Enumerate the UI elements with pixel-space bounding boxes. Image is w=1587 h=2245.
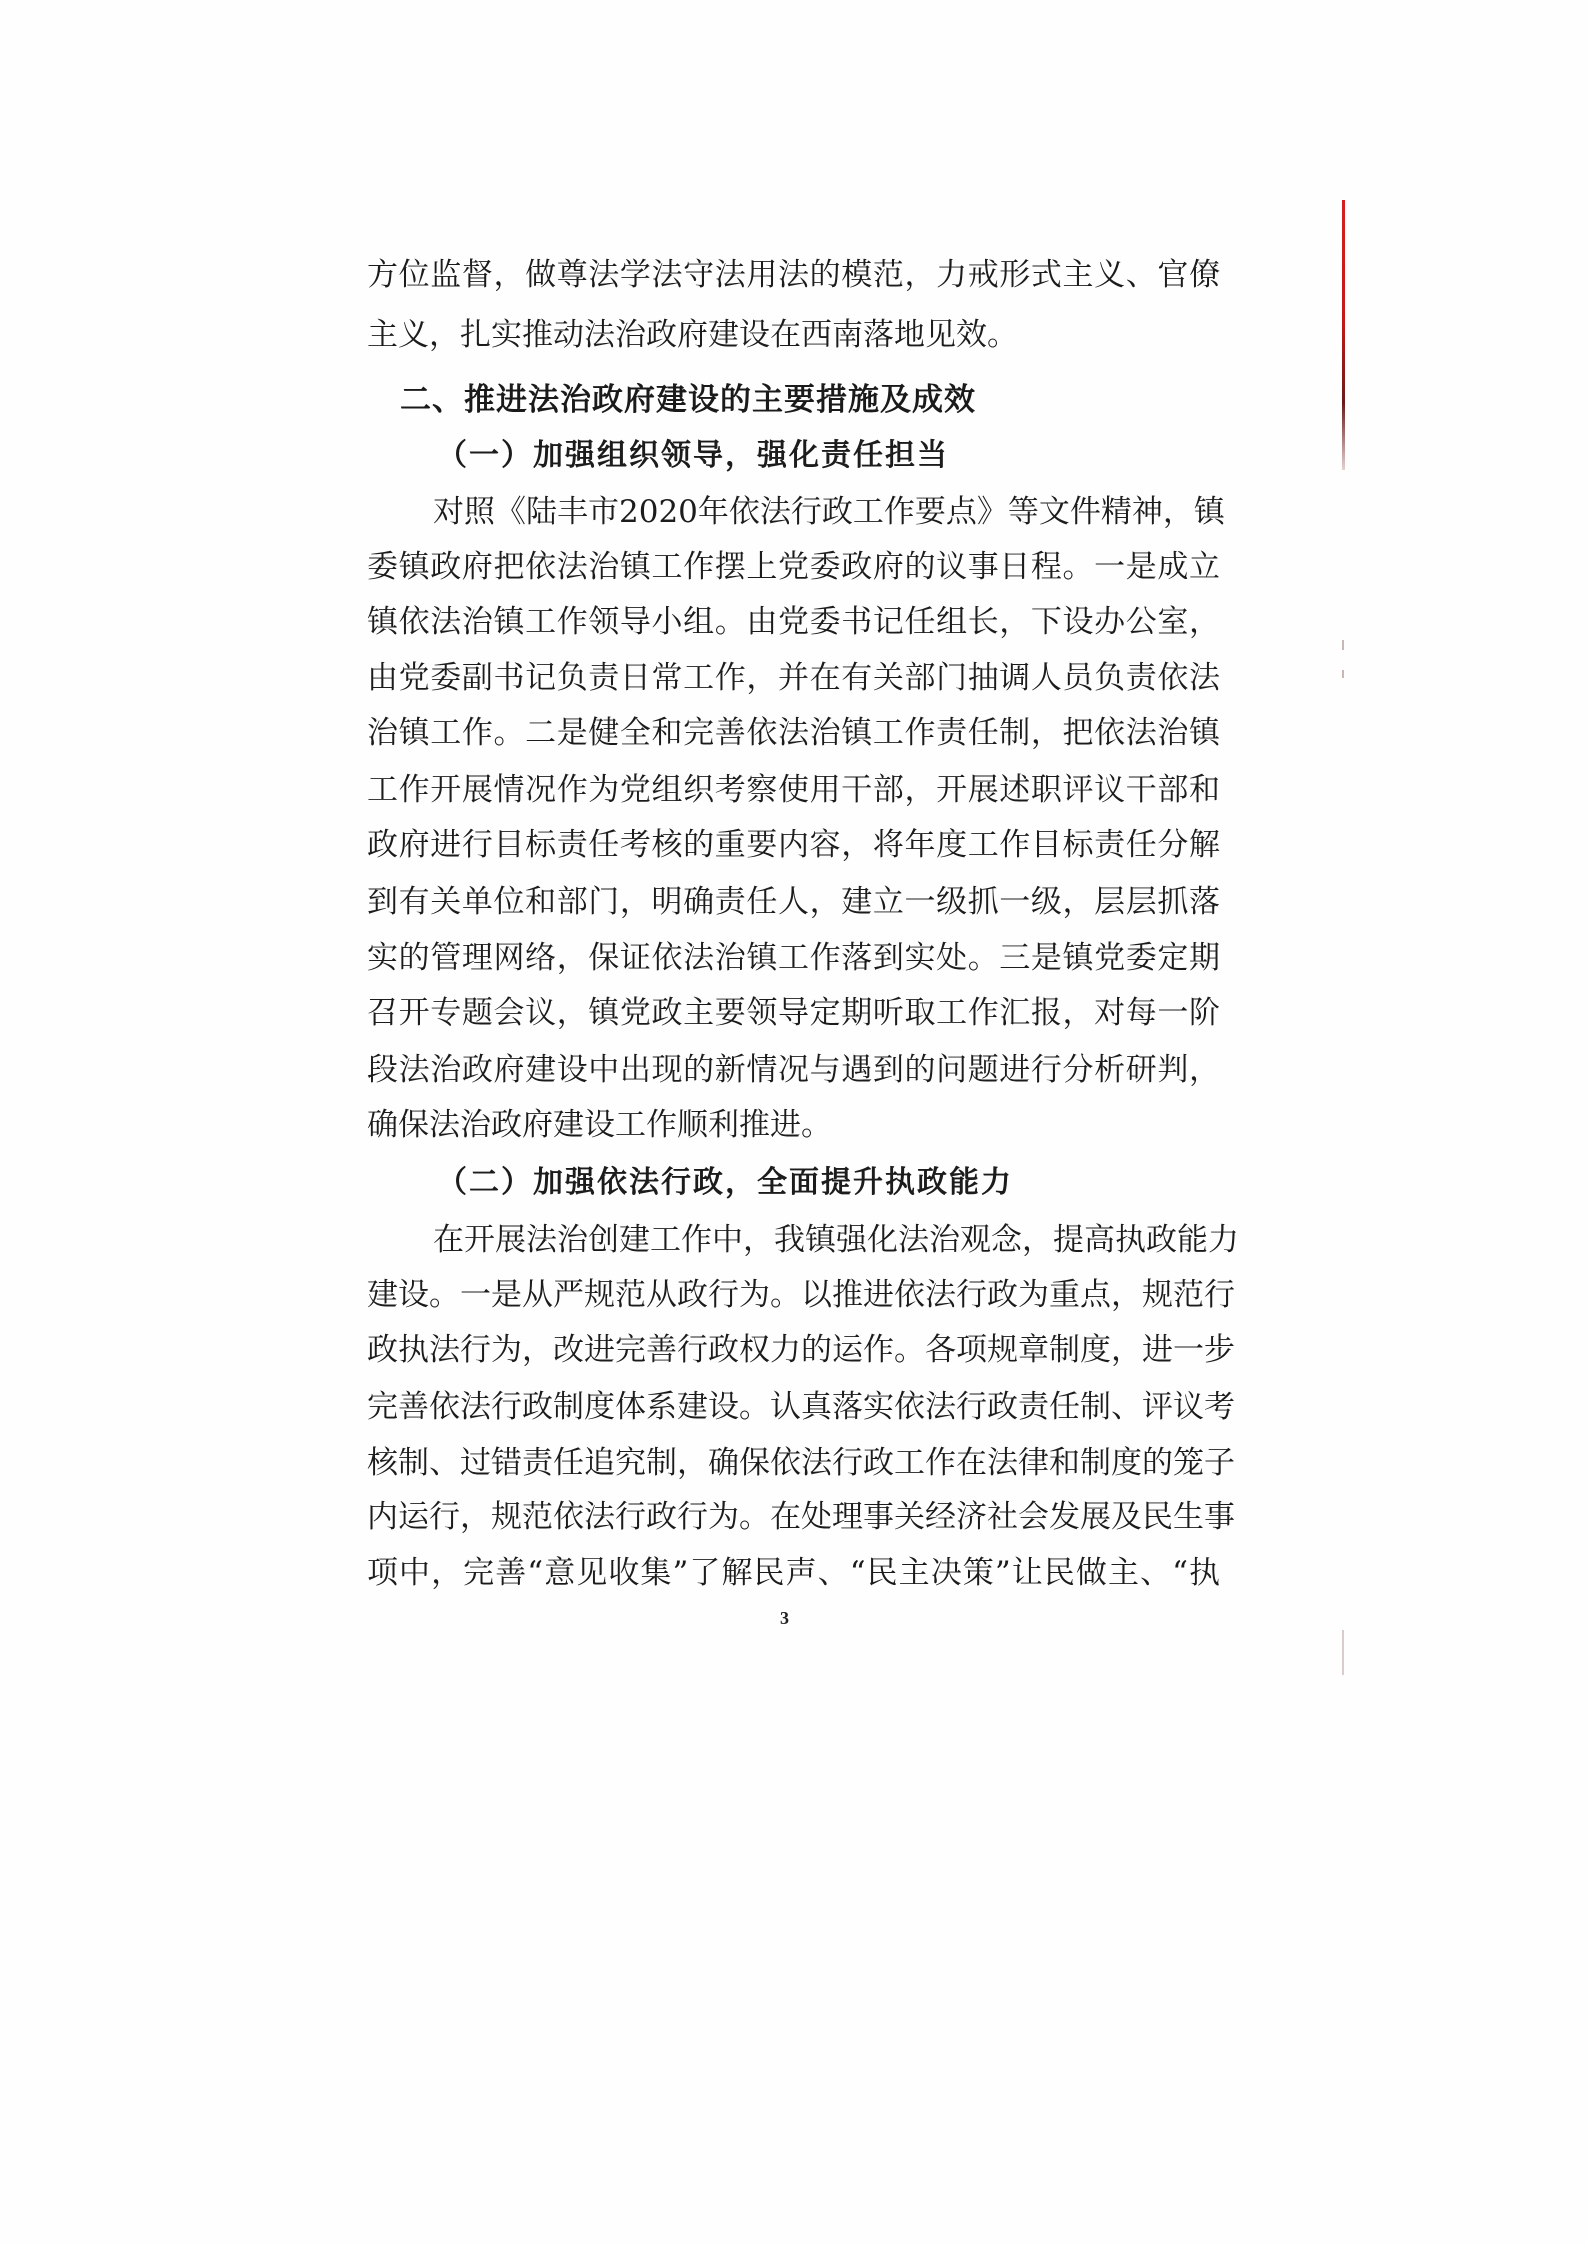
margin-mark xyxy=(1342,670,1344,678)
body-line: 完善依法行政制度体系建设。认真落实依法行政责任制、评议考 xyxy=(367,1387,1220,1427)
body-line: 建设。一是从严规范从政行为。以推进依法行政为重点，规范行 xyxy=(367,1275,1220,1315)
red-margin-rule xyxy=(1342,200,1345,470)
body-line: 确保法治政府建设工作顺利推进。 xyxy=(367,1105,1220,1145)
body-line: 委镇政府把依法治镇工作摆上党委政府的议事日程。一是成立 xyxy=(367,547,1220,587)
subsection-heading: （一）加强组织领导，强化责任担当 xyxy=(437,436,949,476)
body-line: 对照《陆丰市2020年依法行政工作要点》等文件精神，镇 xyxy=(433,492,1220,532)
body-line: 方位监督，做尊法学法守法用法的模范，力戒形式主义、官僚 xyxy=(367,255,1220,295)
body-line: 实的管理网络，保证依法治镇工作落到实处。三是镇党委定期 xyxy=(367,938,1220,978)
section-heading: 二、推进法治政府建设的主要措施及成效 xyxy=(400,380,976,420)
document-page: 方位监督，做尊法学法守法用法的模范，力戒形式主义、官僚 主义，扎实推动法治政府建… xyxy=(0,0,1587,2245)
body-line: 核制、过错责任追究制，确保依法行政工作在法律和制度的笼子 xyxy=(367,1443,1220,1483)
body-line: 工作开展情况作为党组织考察使用干部，开展述职评议干部和 xyxy=(367,770,1220,810)
subsection-heading: （二）加强依法行政，全面提升执政能力 xyxy=(437,1163,1013,1203)
body-line: 项中，完善“意见收集”了解民声、“民主决策”让民做主、“执 xyxy=(367,1553,1220,1593)
body-line: 政执法行为，改进完善行政权力的运作。各项规章制度，进一步 xyxy=(367,1330,1220,1370)
body-line: 镇依法治镇工作领导小组。由党委书记任组长，下设办公室， xyxy=(367,602,1220,642)
page-number: 3 xyxy=(780,1608,789,1629)
body-line: 段法治政府建设中出现的新情况与遇到的问题进行分析研判， xyxy=(367,1050,1220,1090)
margin-mark xyxy=(1342,1630,1344,1675)
body-line: 政府进行目标责任考核的重要内容，将年度工作目标责任分解 xyxy=(367,825,1220,865)
body-line: 内运行，规范依法行政行为。在处理事关经济社会发展及民生事 xyxy=(367,1497,1220,1537)
body-line: 召开专题会议，镇党政主要领导定期听取工作汇报，对每一阶 xyxy=(367,993,1220,1033)
body-line: 主义，扎实推动法治政府建设在西南落地见效。 xyxy=(367,315,1220,355)
body-line: 到有关单位和部门，明确责任人，建立一级抓一级，层层抓落 xyxy=(367,882,1220,922)
body-line: 由党委副书记负责日常工作，并在有关部门抽调人员负责依法 xyxy=(367,658,1220,698)
margin-mark xyxy=(1342,640,1344,650)
body-line: 治镇工作。二是健全和完善依法治镇工作责任制，把依法治镇 xyxy=(367,713,1220,753)
body-line: 在开展法治创建工作中，我镇强化法治观念，提高执政能力 xyxy=(433,1220,1220,1260)
